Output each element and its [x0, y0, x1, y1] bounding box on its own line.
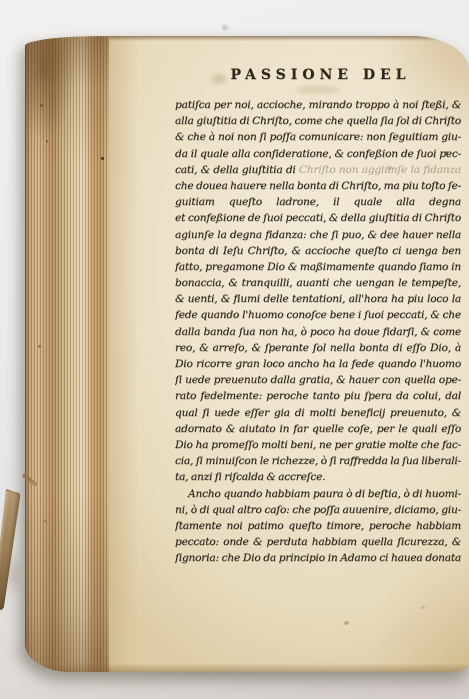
foxing-spot [284, 540, 287, 543]
text-line: Dio ricorre gran loco ancho ha la fede q… [175, 356, 461, 372]
edge-speckle [40, 104, 43, 107]
printed-text-block: PASSIONE DEL patiſca per noi, accioche, … [175, 66, 461, 566]
foxing-spot [379, 300, 383, 303]
text-line: dalla banda ſua non ha, ò poco ha doue f… [175, 324, 461, 340]
text-line: & che à noi non ſi poſſa comunicare: non… [175, 129, 461, 145]
text-line-paragraph-end: ta, anzi ſi riſcalda & accreſce. [175, 469, 461, 485]
text-line: fede quando l'huomo conoſce bene i ſuoi … [175, 307, 461, 323]
text-line: ni, ò di qual altro caſo: che poſſa auue… [175, 502, 461, 518]
page-edges-fore-edge [25, 36, 117, 672]
text-line: patiſca per noi, accioche, mirando tropp… [175, 97, 461, 113]
text-line: ſtamente noi patimo queſto timore, peroc… [175, 518, 461, 534]
book-bottom-rim [25, 663, 469, 672]
text-line: bonta di Ieſu Chriſto, & accioche queſto… [175, 243, 461, 259]
edge-speckle [46, 140, 48, 143]
text-line-segment: cati, & della giuſtitia di [175, 164, 296, 176]
text-line: cia, ſi minuiſcon le richezze, ò ſi raff… [175, 453, 461, 469]
wall-smudge [222, 25, 228, 30]
text-line: peccato: onde & perduta habbiam quella ſ… [175, 534, 461, 550]
text-line-partially-faded: cati, & della giuſtitia di Chriſto non a… [175, 162, 461, 178]
text-line: da il quale alla conſideratione, & confe… [175, 146, 461, 162]
text-line: Dio ha promeſſo molti beni, ne per grati… [175, 437, 461, 453]
text-line: agiunſe la degna fidanza: che ſi puo, & … [175, 227, 461, 243]
book-photograph: PASSIONE DEL patiſca per noi, accioche, … [0, 0, 469, 699]
text-line-paragraph-start: Ancho quando habbiam paura ò di beſtia, … [175, 486, 461, 502]
ink-fleck [445, 151, 448, 154]
page-top-rim [109, 36, 469, 41]
text-line: ſignoria: che Dio da principio in Adamo … [175, 550, 461, 566]
text-line: & uenti, & fiumi delle tentationi, all'h… [175, 291, 461, 307]
text-line: che douea hauere nella bonta di Chriſto,… [175, 178, 461, 194]
text-line: qual ſi uede eſſer gia di molti benefici… [175, 405, 461, 421]
text-line: reo, & arreſo, & ſperante ſol nella bont… [175, 340, 461, 356]
edge-speckle [38, 345, 41, 348]
text-line: rato fedelmente: peroche tanto piu ſpera… [175, 388, 461, 404]
text-line: et confeßione de ſuoi peccati, & della g… [175, 210, 461, 226]
text-line: fatto, pregamone Dio & maßimamente quand… [175, 259, 461, 275]
foxing-spot [387, 166, 392, 170]
ink-show-through-smudge [296, 86, 340, 94]
text-line: guitiam queſto ladrone, il quale alla de… [175, 194, 461, 210]
ink-show-through-smudge [212, 74, 226, 84]
edge-speckle [44, 520, 46, 522]
text-line: ſi uede preuenuto dalla gratia, & hauer … [175, 372, 461, 388]
text-line: alla giuſtitia di Chriſto, come che quel… [175, 113, 461, 129]
ink-fleck [101, 157, 104, 160]
text-line: bonaccia, & tranquilli, auanti che uenga… [175, 275, 461, 291]
foxing-spot [421, 606, 425, 609]
text-line-faded-segment: Chriſto non aggiunſe la fidanza [296, 164, 461, 176]
foxing-spot [344, 621, 349, 625]
text-line: adornato & aiutato in far quelle coſe, p… [175, 421, 461, 437]
